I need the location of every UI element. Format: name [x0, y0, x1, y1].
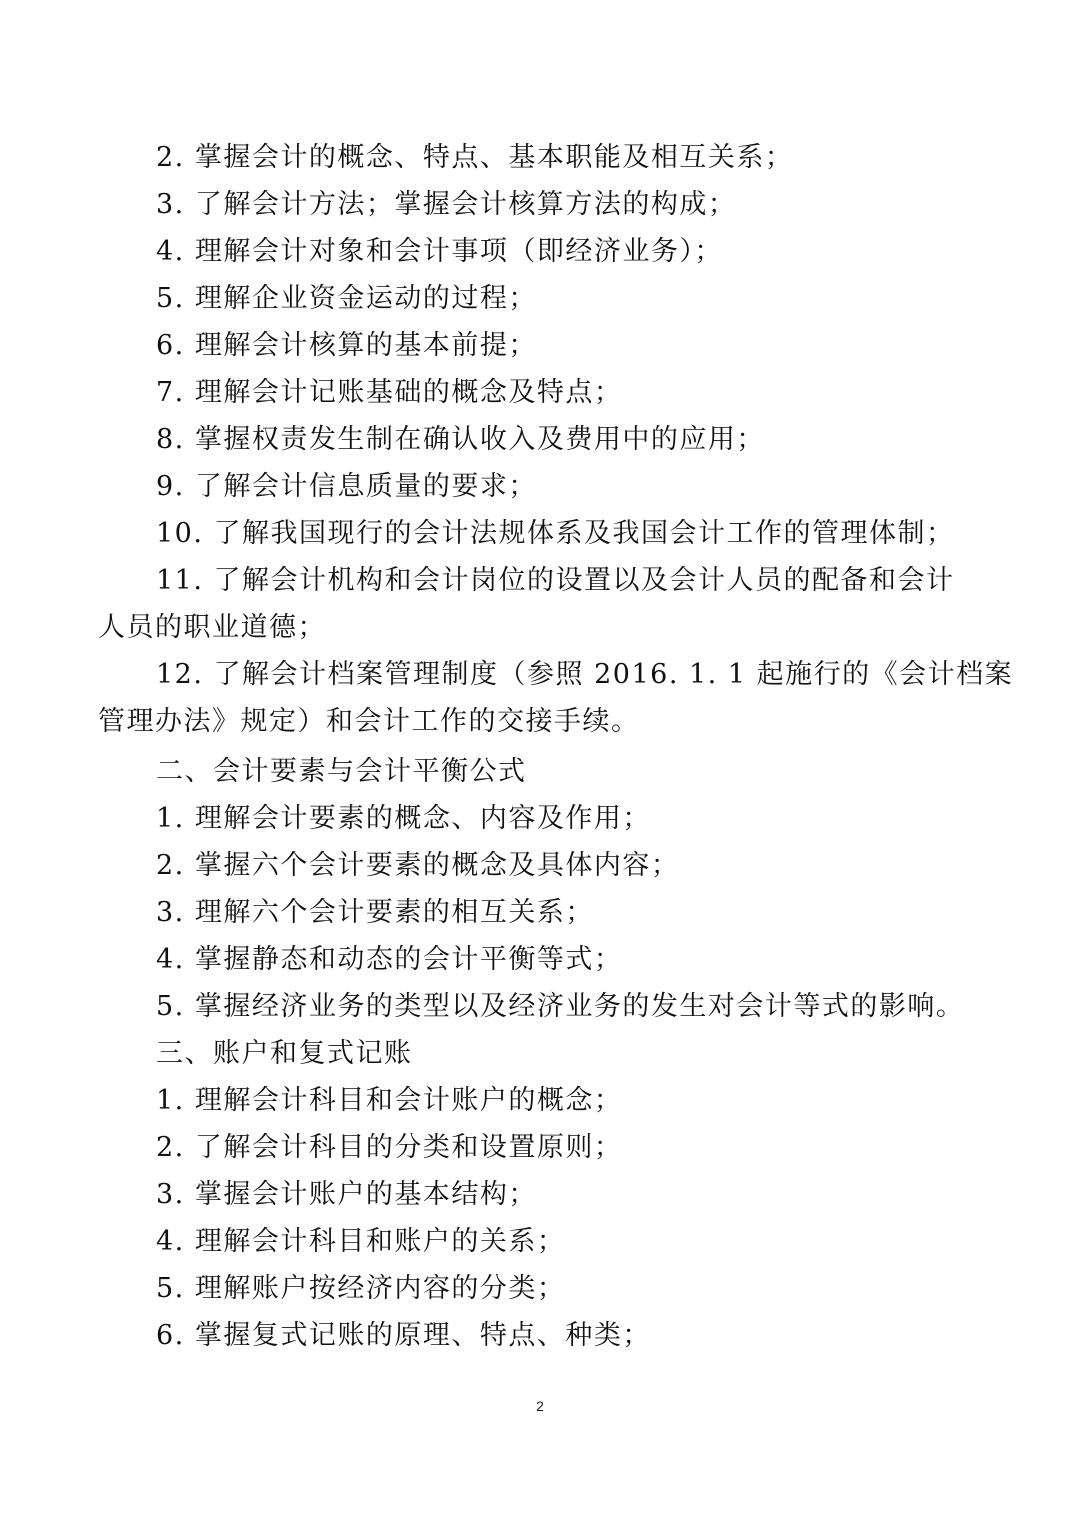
list-item: 6. 掌握复式记账的原理、特点、种类；: [156, 1312, 651, 1359]
page-number: 2: [0, 1398, 1080, 1414]
list-item: 2. 了解会计科目的分类和设置原则；: [156, 1124, 622, 1171]
list-item: 3. 理解六个会计要素的相互关系；: [156, 889, 594, 936]
document-page: 2. 掌握会计的概念、特点、基本职能及相互关系； 3. 了解会计方法；掌握会计核…: [0, 0, 1080, 1528]
list-item: 7. 理解会计记账基础的概念及特点；: [156, 369, 622, 416]
list-item: 2. 掌握会计的概念、特点、基本职能及相互关系；: [156, 134, 793, 181]
list-item: 5. 理解账户按经济内容的分类；: [156, 1265, 565, 1312]
list-item: 4. 理解会计科目和账户的关系；: [156, 1218, 565, 1265]
section-heading: 三、账户和复式记账: [156, 1030, 413, 1077]
list-item: 5. 理解企业资金运动的过程；: [156, 275, 537, 322]
list-item: 8. 掌握权责发生制在确认收入及费用中的应用；: [156, 416, 765, 463]
list-item: 9. 了解会计信息质量的要求；: [156, 463, 537, 510]
list-item: 2. 掌握六个会计要素的概念及具体内容；: [156, 842, 679, 889]
list-item-continuation: 人员的职业道德；: [98, 604, 326, 651]
list-item: 11. 了解会计机构和会计岗位的设置以及会计人员的配备和会计: [156, 557, 955, 604]
list-item-continuation: 管理办法》规定）和会计工作的交接手续。: [98, 698, 640, 745]
list-item: 6. 理解会计核算的基本前提；: [156, 322, 537, 369]
list-item: 1. 理解会计要素的概念、内容及作用；: [156, 795, 651, 842]
list-item: 3. 掌握会计账户的基本结构；: [156, 1171, 537, 1218]
list-item: 3. 了解会计方法；掌握会计核算方法的构成；: [156, 181, 736, 228]
list-item: 4. 掌握静态和动态的会计平衡等式；: [156, 936, 622, 983]
list-item: 5. 掌握经济业务的类型以及经济业务的发生对会计等式的影响。: [156, 983, 964, 1030]
list-item: 4. 理解会计对象和会计事项（即经济业务）；: [156, 228, 723, 275]
list-item: 12. 了解会计档案管理制度（参照 2016. 1. 1 起施行的《会计档案: [156, 651, 1013, 698]
section-heading: 二、会计要素与会计平衡公式: [156, 748, 527, 795]
list-item: 10. 了解我国现行的会计法规体系及我国会计工作的管理体制；: [156, 510, 955, 557]
list-item: 1. 理解会计科目和会计账户的概念；: [156, 1077, 622, 1124]
